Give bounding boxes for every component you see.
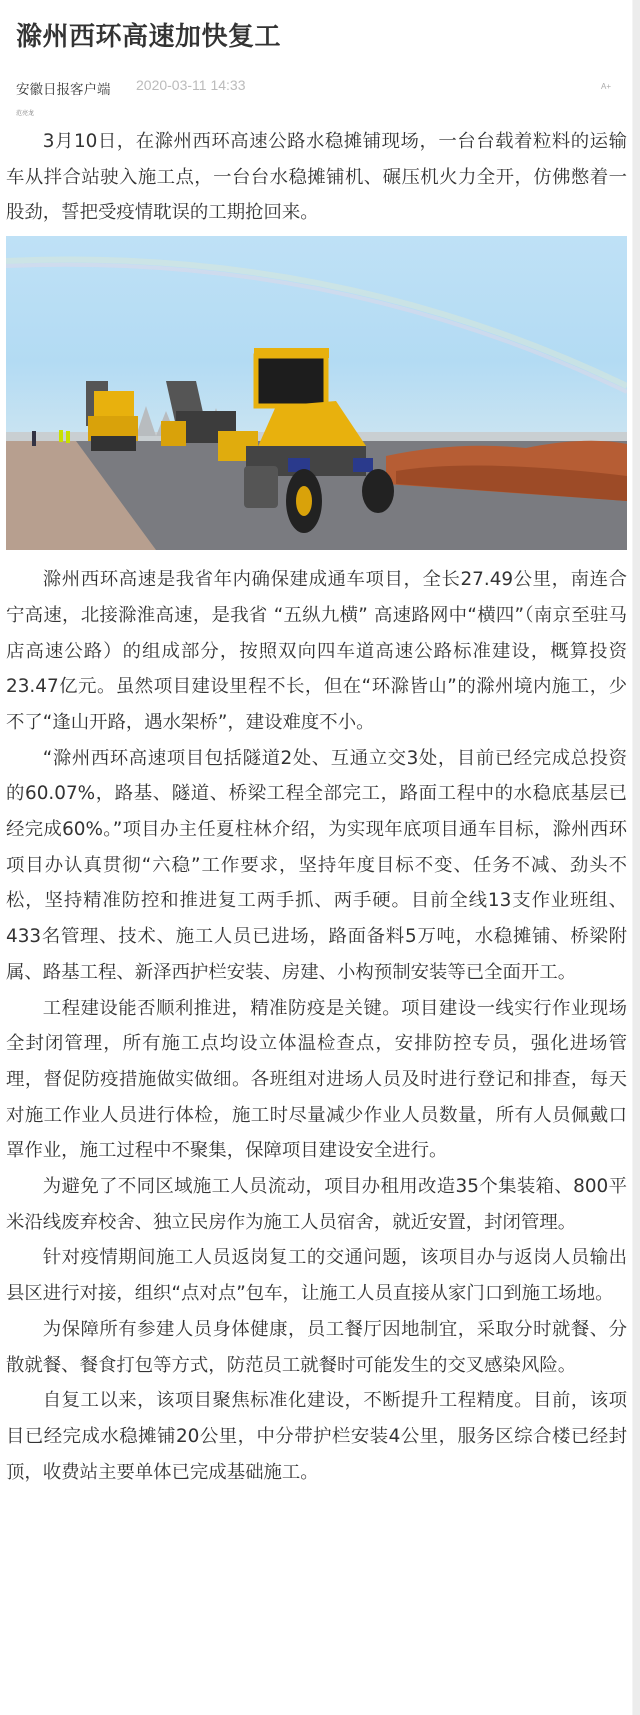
paragraph: 工程建设能否顺利推进，精准防疫是关键。项目建设一线实行作业现场全封闭管理，所有施… (6, 991, 627, 1170)
paragraph: 为保障所有参建人员身体健康，员工餐厅因地制宜，采取分时就餐、分散就餐、餐食打包等… (6, 1312, 627, 1383)
paragraph: 滁州西环高速是我省年内确保建成通车项目，全长27.49公里，南连合宁高速，北接滁… (6, 562, 627, 741)
article-body: 3月10日，在滁州西环高速公路水稳摊铺现场，一台台载着粒料的运输车从拌合站驶入施… (6, 124, 627, 1490)
article-meta: 安徽日报客户端 2020-03-11 14:33 A+ (16, 76, 616, 98)
publish-date: 2020-03-11 14:33 (136, 77, 246, 93)
increase-font-size-button[interactable]: A+ (601, 82, 611, 91)
paragraph: 自复工以来，该项目聚焦标准化建设，不断提升工程精度。目前，该项目已经完成水稳摊铺… (6, 1383, 627, 1490)
paragraph: 3月10日，在滁州西环高速公路水稳摊铺现场，一台台载着粒料的运输车从拌合站驶入施… (6, 124, 627, 231)
paragraph: 为避免了不同区域施工人员流动，项目办租用改造35个集装箱、800平米沿线废弃校舍… (6, 1169, 627, 1240)
paragraph: “滁州西环高速项目包括隧道2处、互通立交3处，目前已经完成总投资的60.07%，… (6, 741, 627, 991)
article-photo[interactable] (6, 236, 627, 550)
paragraph: 针对疫情期间施工人员返岗复工的交通问题，该项目办与返岗人员输出县区进行对接，组织… (6, 1240, 627, 1311)
article-source[interactable]: 安徽日报客户端 (16, 78, 111, 98)
editor-name: 范亮龙 (16, 108, 34, 117)
construction-site-image (6, 236, 627, 550)
vertical-scrollbar[interactable] (632, 0, 640, 1715)
article-page: 滁州西环高速加快复工 安徽日报客户端 2020-03-11 14:33 A+ 范… (0, 0, 633, 1715)
article-title: 滁州西环高速加快复工 (16, 19, 281, 55)
